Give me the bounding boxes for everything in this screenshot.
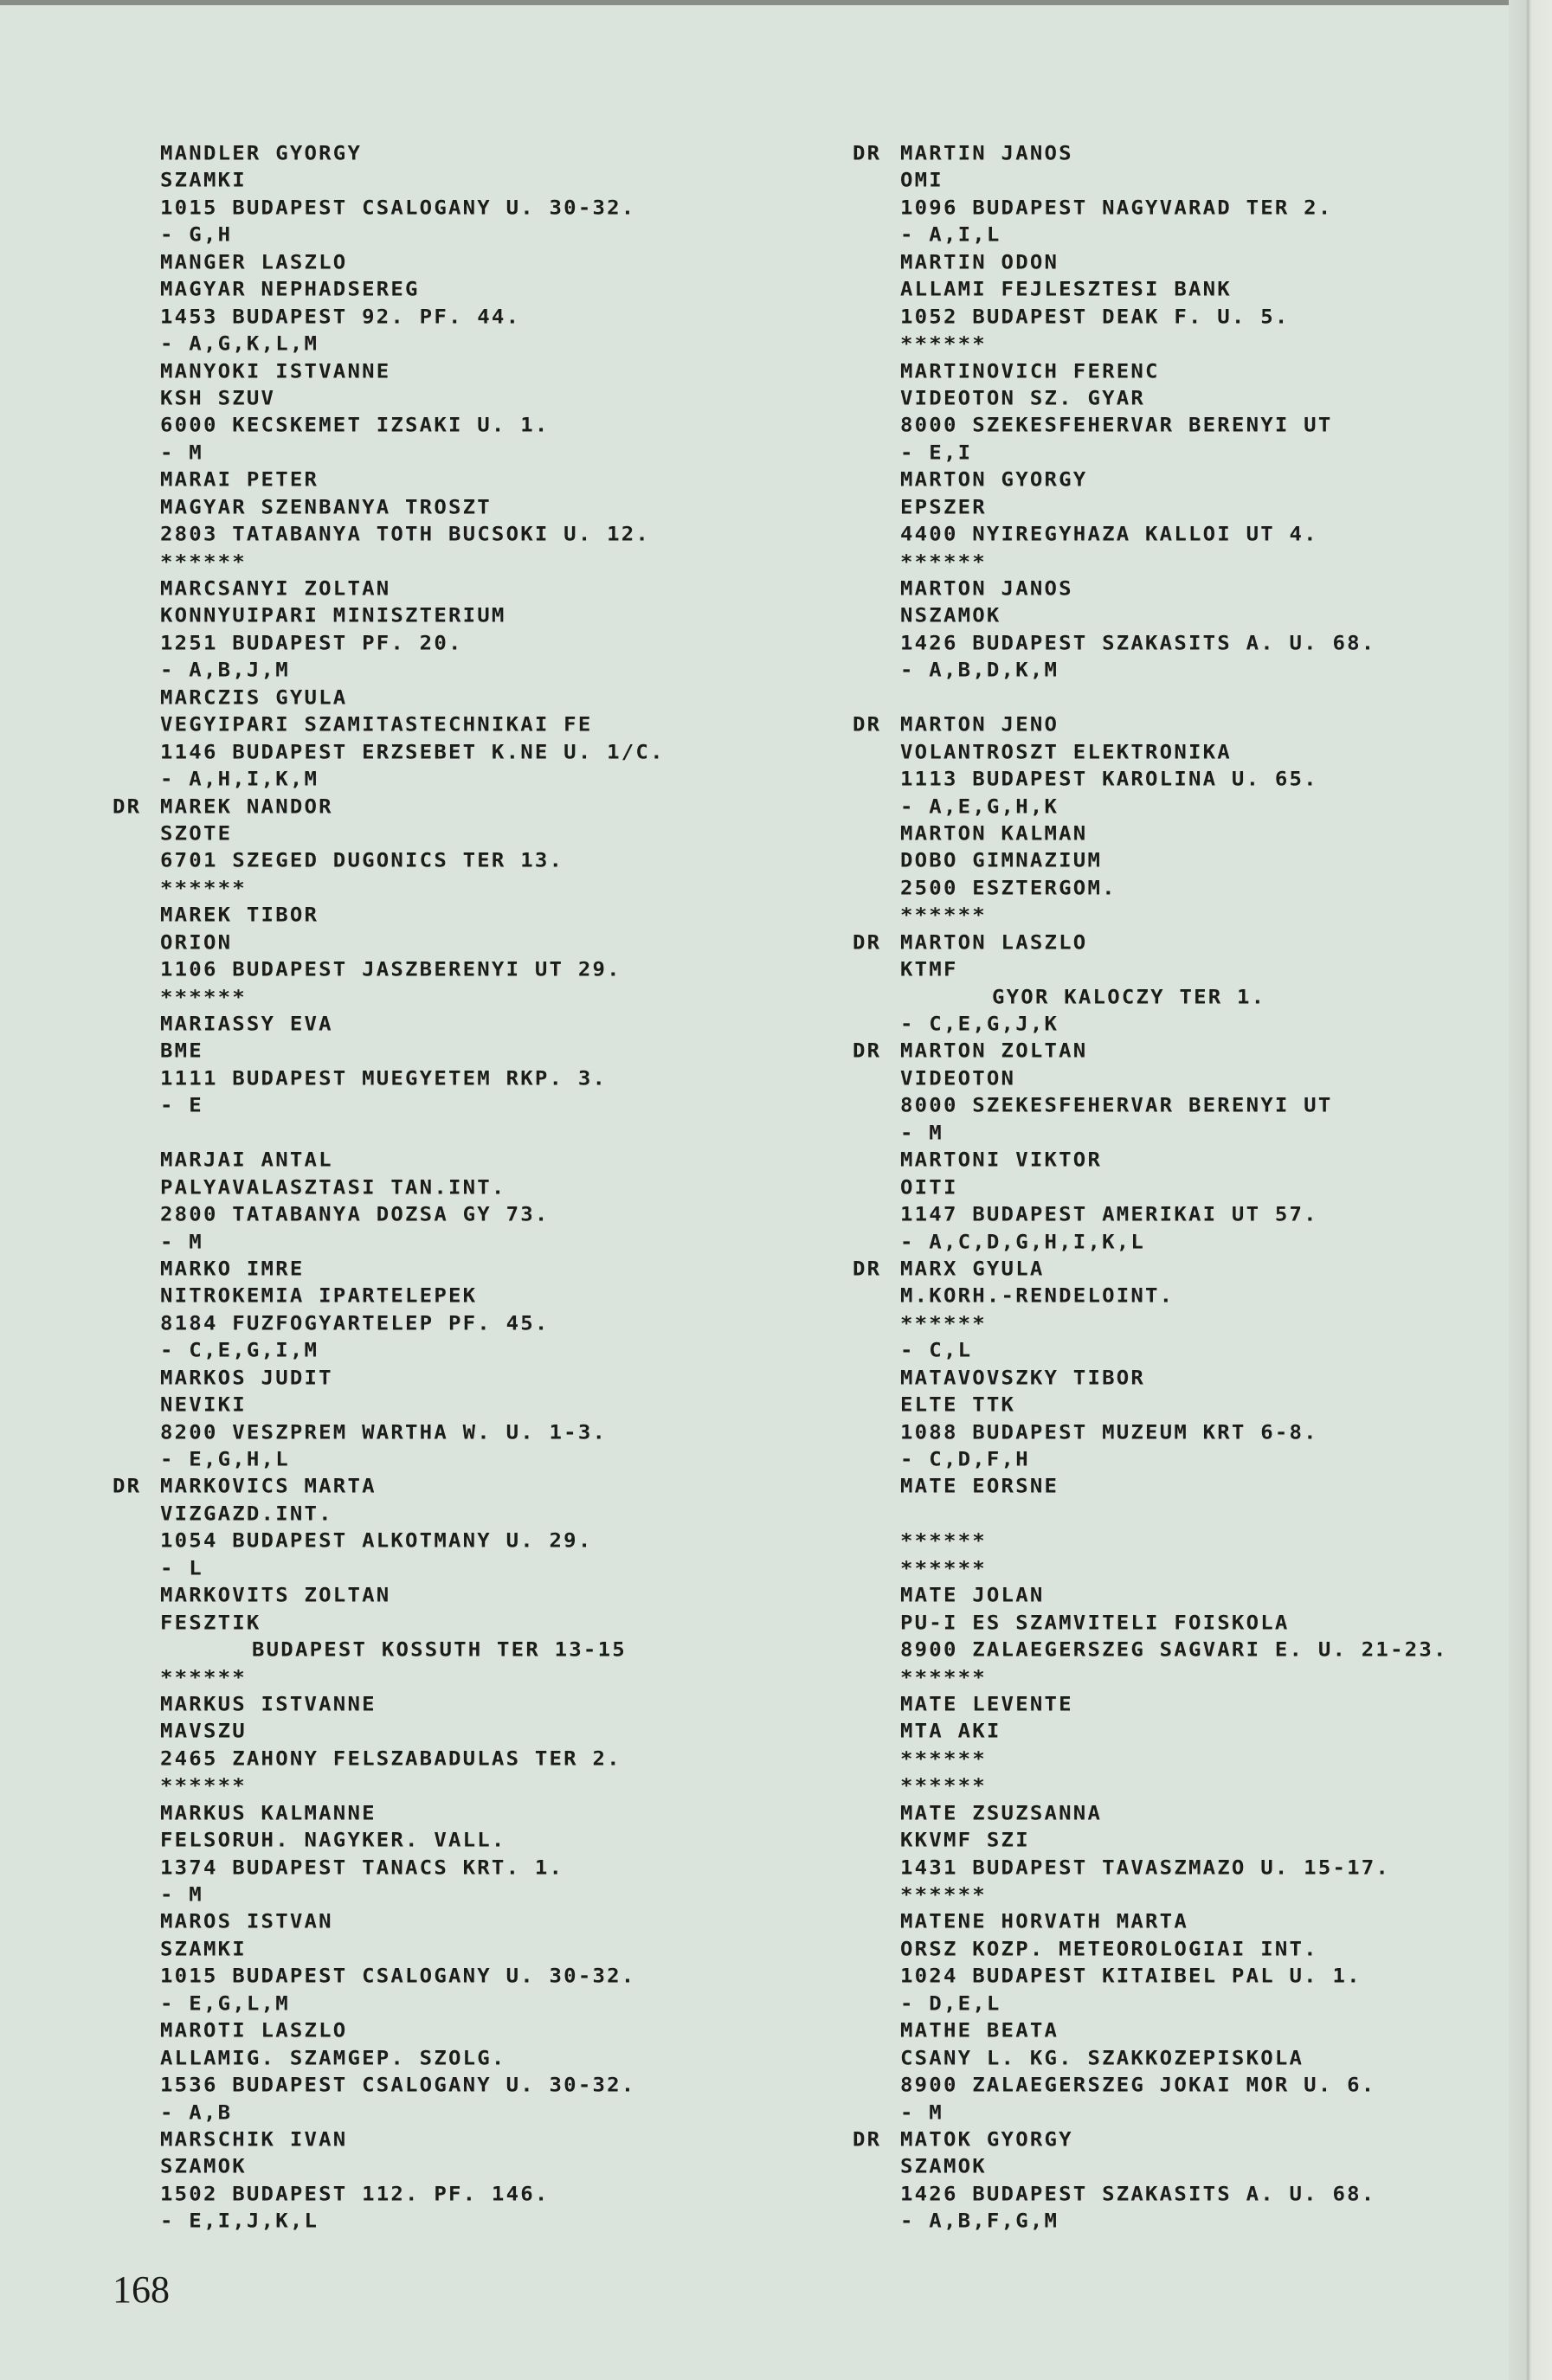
- directory-line: MARTIN ODON: [853, 250, 1510, 275]
- line-text: 4400 NYIREGYHAZA KALLOI UT 4.: [900, 523, 1318, 545]
- line-text: 1147 BUDAPEST AMERIKAI UT 57.: [900, 1203, 1318, 1225]
- directory-line: - E,I,J,K,L: [113, 2210, 805, 2235]
- line-text: ******: [160, 1666, 247, 1689]
- line-text: ******: [160, 1774, 247, 1797]
- line-text: - A,E,G,H,K: [900, 795, 1059, 818]
- line-text: 1502 BUDAPEST 112. PF. 146.: [160, 2183, 550, 2205]
- directory-line: MARTON JANOS: [853, 576, 1510, 601]
- directory-line: - A,E,G,H,K: [853, 794, 1510, 820]
- directory-entry-name-titled: DRMARTON LASZLO: [853, 930, 1510, 955]
- line-text: EPSZER: [900, 496, 987, 518]
- directory-line: 8000 SZEKESFEHERVAR BERENYI UT: [853, 1094, 1510, 1119]
- line-text: 2800 TATABANYA DOZSA GY 73.: [160, 1203, 550, 1225]
- line-text: 1088 BUDAPEST MUZEUM KRT 6-8.: [900, 1421, 1318, 1444]
- line-text: ******: [160, 986, 247, 1008]
- directory-line: ******: [113, 876, 805, 901]
- line-text: 6701 SZEGED DUGONICS TER 13.: [160, 850, 563, 872]
- directory-line: MAVSZU: [113, 1720, 805, 1745]
- line-text: ******: [900, 1312, 987, 1335]
- directory-line: OMI: [853, 169, 1510, 194]
- line-text: - A,B,D,K,M: [900, 659, 1059, 681]
- line-text: MAVSZU: [160, 1721, 247, 1743]
- line-text: 1431 BUDAPEST TAVASZMAZO U. 15-17.: [900, 1856, 1390, 1879]
- scan-top-edge: [0, 0, 1552, 5]
- line-text: ALLAMIG. SZAMGEP. SZOLG.: [160, 2047, 506, 2069]
- line-text: BME: [160, 1040, 203, 1063]
- directory-line: 1096 BUDAPEST NAGYVARAD TER 2.: [853, 196, 1510, 221]
- line-text: - A,C,D,G,H,I,K,L: [900, 1231, 1145, 1253]
- directory-line: - M: [113, 1230, 805, 1255]
- line-text: MTA AKI: [900, 1721, 1001, 1743]
- line-text: NITROKEMIA IPARTELEPEK: [160, 1285, 477, 1308]
- line-text: 1015 BUDAPEST CSALOGANY U. 30-32.: [160, 1965, 635, 1987]
- directory-line: 2465 ZAHONY FELSZABADULAS TER 2.: [113, 1746, 805, 1772]
- line-text: MATE EORSNE: [900, 1476, 1059, 1498]
- line-text: SZAMKI: [160, 1938, 247, 1960]
- directory-line: ALLAMIG. SZAMGEP. SZOLG.: [113, 2046, 805, 2071]
- line-text: FESZTIK: [160, 1611, 261, 1634]
- directory-line: KKVMF SZI: [853, 1828, 1510, 1853]
- directory-line: SZAMKI: [113, 1937, 805, 1962]
- line-text: MAREK TIBOR: [160, 904, 319, 926]
- directory-line: PALYAVALASZTASI TAN.INT.: [113, 1175, 805, 1200]
- directory-line: - A,C,D,G,H,I,K,L: [853, 1230, 1510, 1255]
- line-text: ELTE TTK: [900, 1393, 1015, 1416]
- line-text: MARTON ZOLTAN: [900, 1040, 1087, 1063]
- line-text: ******: [160, 877, 247, 899]
- directory-line: - E: [113, 1094, 805, 1119]
- directory-line: 1088 BUDAPEST MUZEUM KRT 6-8.: [853, 1420, 1510, 1445]
- line-text: ******: [900, 1774, 987, 1797]
- line-text: VIDEOTON: [900, 1067, 1015, 1090]
- title-prefix: DR: [853, 1039, 900, 1065]
- directory-line: BUDAPEST KOSSUTH TER 13-15: [113, 1637, 805, 1663]
- directory-line: ******: [853, 1311, 1510, 1336]
- directory-line: 1015 BUDAPEST CSALOGANY U. 30-32.: [113, 1965, 805, 1990]
- directory-line: ******: [113, 550, 805, 575]
- line-text: 2500 ESZTERGOM.: [900, 877, 1117, 899]
- title-prefix: DR: [113, 794, 160, 820]
- directory-line: - A,B,F,G,M: [853, 2210, 1510, 2235]
- line-text: ******: [900, 332, 987, 355]
- line-text: KSH SZUV: [160, 387, 275, 409]
- line-text: 2803 TATABANYA TOTH BUCSOKI U. 12.: [160, 523, 650, 545]
- directory-line: 8900 ZALAEGERSZEG SAGVARI E. U. 21-23.: [853, 1637, 1510, 1663]
- line-text: MANYOKI ISTVANNE: [160, 360, 390, 383]
- line-text: MANGER LASZLO: [160, 251, 347, 273]
- line-text: MANDLER GYORGY: [160, 142, 362, 164]
- line-text: 1024 BUDAPEST KITAIBEL PAL U. 1.: [900, 1965, 1362, 1987]
- line-text: SZOTE: [160, 822, 232, 845]
- directory-line: ******: [853, 1665, 1510, 1690]
- directory-line: MANGER LASZLO: [113, 250, 805, 275]
- line-text: 1146 BUDAPEST ERZSEBET K.NE U. 1/C.: [160, 741, 665, 763]
- directory-line: 1536 BUDAPEST CSALOGANY U. 30-32.: [113, 2073, 805, 2098]
- line-text: 6000 KECSKEMET IZSAKI U. 1.: [160, 415, 550, 437]
- line-text: MAGYAR SZENBANYA TROSZT: [160, 496, 492, 518]
- directory-line: ******: [853, 1529, 1510, 1554]
- title-prefix: DR: [113, 1475, 160, 1500]
- directory-line: 1015 BUDAPEST CSALOGANY U. 30-32.: [113, 196, 805, 221]
- directory-line: MARJAI ANTAL: [113, 1148, 805, 1173]
- line-text: DOBO GIMNAZIUM: [900, 850, 1102, 872]
- directory-line: - E,G,H,L: [113, 1447, 805, 1472]
- directory-line: - A,B,D,K,M: [853, 659, 1510, 684]
- line-text: ******: [900, 904, 987, 926]
- directory-line: - A,H,I,K,M: [113, 767, 805, 792]
- line-text: KONNYUIPARI MINISZTERIUM: [160, 605, 506, 627]
- directory-line: MAGYAR SZENBANYA TROSZT: [113, 495, 805, 520]
- line-text: MARSCHIK IVAN: [160, 2128, 347, 2151]
- directory-line: MARSCHIK IVAN: [113, 2127, 805, 2152]
- directory-line: NEVIKI: [113, 1393, 805, 1418]
- line-text: MATAVOVSZKY TIBOR: [900, 1367, 1145, 1389]
- line-text: BUDAPEST KOSSUTH TER 13-15: [160, 1638, 627, 1661]
- line-text: M.KORH.-RENDELOINT.: [900, 1285, 1174, 1308]
- line-text: NSZAMOK: [900, 605, 1001, 627]
- directory-line: [853, 685, 1510, 711]
- directory-line: VIDEOTON SZ. GYAR: [853, 386, 1510, 411]
- line-text: 8900 ZALAEGERSZEG SAGVARI E. U. 21-23.: [900, 1638, 1448, 1661]
- line-text: ******: [160, 550, 247, 573]
- line-text: ORION: [160, 931, 232, 954]
- directory-line: KSH SZUV: [113, 386, 805, 411]
- directory-line: PU-I ES SZAMVITELI FOISKOLA: [853, 1611, 1510, 1636]
- directory-line: DOBO GIMNAZIUM: [853, 849, 1510, 874]
- line-text: 1374 BUDAPEST TANACS KRT. 1.: [160, 1856, 563, 1879]
- line-text: MARJAI ANTAL: [160, 1148, 333, 1171]
- line-text: MATE ZSUZSANNA: [900, 1802, 1102, 1824]
- line-text: VIZGAZD.INT.: [160, 1502, 333, 1525]
- directory-line: ******: [853, 904, 1510, 929]
- line-text: - A,H,I,K,M: [160, 768, 319, 790]
- directory-line: 2500 ESZTERGOM.: [853, 876, 1510, 901]
- line-text: KKVMF SZI: [900, 1829, 1030, 1851]
- directory-line: - M: [113, 441, 805, 466]
- line-text: 8200 VESZPREM WARTHA W. U. 1-3.: [160, 1421, 607, 1444]
- directory-line: EPSZER: [853, 495, 1510, 520]
- line-text: PU-I ES SZAMVITELI FOISKOLA: [900, 1611, 1290, 1634]
- directory-line: ELTE TTK: [853, 1393, 1510, 1418]
- line-text: 1251 BUDAPEST PF. 20.: [160, 632, 463, 654]
- title-prefix: DR: [853, 712, 900, 737]
- line-text: MARIASSY EVA: [160, 1013, 333, 1035]
- directory-line: 8184 FUZFOGYARTELEP PF. 45.: [113, 1311, 805, 1336]
- directory-line: MARKO IMRE: [113, 1257, 805, 1282]
- line-text: - A,B,J,M: [160, 659, 290, 681]
- directory-line: NITROKEMIA IPARTELEPEK: [113, 1284, 805, 1309]
- line-text: MAGYAR NEPHADSEREG: [160, 278, 420, 300]
- directory-line: CSANY L. KG. SZAKKOZEPISKOLA: [853, 2046, 1510, 2071]
- directory-line: ******: [853, 1556, 1510, 1581]
- directory-line: 1431 BUDAPEST TAVASZMAZO U. 15-17.: [853, 1856, 1510, 1881]
- line-text: - L: [160, 1557, 203, 1579]
- directory-line: FESZTIK: [113, 1611, 805, 1636]
- directory-entry-name-titled: DRMARX GYULA: [853, 1257, 1510, 1282]
- line-text: MARCZIS GYULA: [160, 686, 347, 709]
- directory-line: - C,L: [853, 1339, 1510, 1364]
- directory-line: - G,H: [113, 223, 805, 248]
- directory-line: - C,D,F,H: [853, 1447, 1510, 1472]
- line-text: SZAMKI: [160, 170, 247, 192]
- line-text: VIDEOTON SZ. GYAR: [900, 387, 1145, 409]
- line-text: MARTON JANOS: [900, 577, 1073, 600]
- book-spine-edge: [1509, 0, 1552, 2380]
- directory-line: SZAMKI: [113, 169, 805, 194]
- title-prefix: DR: [853, 141, 900, 166]
- directory-line: 1147 BUDAPEST AMERIKAI UT 57.: [853, 1202, 1510, 1227]
- directory-line: 8200 VESZPREM WARTHA W. U. 1-3.: [113, 1420, 805, 1445]
- line-text: - M: [160, 1883, 203, 1906]
- line-text: SZAMOK: [160, 2156, 247, 2178]
- line-text: MARKUS ISTVANNE: [160, 1693, 377, 1715]
- directory-line: ******: [113, 985, 805, 1010]
- directory-line: ******: [853, 550, 1510, 575]
- directory-line: - A,B: [113, 2100, 805, 2126]
- directory-line: MATE EORSNE: [853, 1475, 1510, 1500]
- line-text: MATENE HORVATH MARTA: [900, 1911, 1188, 1933]
- line-text: MAROS ISTVAN: [160, 1911, 333, 1933]
- line-text: ORSZ KOZP. METEOROLOGIAI INT.: [900, 1938, 1318, 1960]
- page-number: 168: [113, 2267, 170, 2312]
- line-text: 8900 ZALAEGERSZEG JOKAI MOR U. 6.: [900, 2074, 1375, 2096]
- line-text: MATE JOLAN: [900, 1584, 1045, 1606]
- directory-entry-name-titled: DRMATOK GYORGY: [853, 2127, 1510, 2152]
- directory-line: MANYOKI ISTVANNE: [113, 359, 805, 384]
- line-text: MARX GYULA: [900, 1258, 1045, 1280]
- directory-line: MARAI PETER: [113, 468, 805, 493]
- line-text: MARTIN JANOS: [900, 142, 1073, 164]
- line-text: - M: [900, 2101, 943, 2124]
- directory-line: ******: [853, 1774, 1510, 1799]
- directory-line: MARCSANYI ZOLTAN: [113, 576, 805, 601]
- line-text: NEVIKI: [160, 1393, 247, 1416]
- directory-line: VOLANTROSZT ELEKTRONIKA: [853, 740, 1510, 765]
- line-text: - A,G,K,L,M: [160, 332, 319, 355]
- directory-line: MARKOS JUDIT: [113, 1366, 805, 1391]
- directory-line: BME: [113, 1039, 805, 1065]
- line-text: 8000 SZEKESFEHERVAR BERENYI UT: [900, 415, 1332, 437]
- directory-line: MARTON KALMAN: [853, 821, 1510, 846]
- line-text: ******: [900, 1666, 987, 1689]
- line-text: MARTONI VIKTOR: [900, 1148, 1102, 1171]
- directory-line: 1052 BUDAPEST DEAK F. U. 5.: [853, 305, 1510, 330]
- directory-line: 1106 BUDAPEST JASZBERENYI UT 29.: [113, 957, 805, 982]
- directory-line: VIZGAZD.INT.: [113, 1502, 805, 1527]
- line-text: ******: [900, 1557, 987, 1579]
- line-text: ******: [900, 1883, 987, 1906]
- line-text: MATHE BEATA: [900, 2019, 1059, 2042]
- line-text: 1052 BUDAPEST DEAK F. U. 5.: [900, 306, 1290, 328]
- line-text: MATE LEVENTE: [900, 1693, 1073, 1715]
- directory-line: MANDLER GYORGY: [113, 141, 805, 166]
- line-text: VOLANTROSZT ELEKTRONIKA: [900, 741, 1232, 763]
- line-text: - E,G,H,L: [160, 1448, 290, 1470]
- line-text: - D,E,L: [900, 1992, 1001, 2015]
- directory-line: 1111 BUDAPEST MUEGYETEM RKP. 3.: [113, 1066, 805, 1091]
- directory-line: 1024 BUDAPEST KITAIBEL PAL U. 1.: [853, 1965, 1510, 1990]
- line-text: MARKUS KALMANNE: [160, 1802, 377, 1824]
- directory-line: - A,B,J,M: [113, 659, 805, 684]
- title-prefix: DR: [853, 930, 900, 955]
- directory-entry-name-titled: DRMARTON JENO: [853, 712, 1510, 737]
- directory-line: VIDEOTON: [853, 1066, 1510, 1091]
- directory-line: 4400 NYIREGYHAZA KALLOI UT 4.: [853, 522, 1510, 547]
- directory-line: SZAMOK: [853, 2155, 1510, 2180]
- line-text: - E,I,J,K,L: [160, 2210, 319, 2232]
- line-text: - A,I,L: [900, 223, 1001, 246]
- directory-line: MTA AKI: [853, 1720, 1510, 1745]
- directory-line: 6701 SZEGED DUGONICS TER 13.: [113, 849, 805, 874]
- title-prefix: DR: [853, 1257, 900, 1282]
- line-text: - E: [160, 1094, 203, 1116]
- directory-line: MATE JOLAN: [853, 1583, 1510, 1608]
- line-text: KTMF: [900, 958, 958, 981]
- directory-entry-name-titled: DRMARTON ZOLTAN: [853, 1039, 1510, 1065]
- line-text: - C,E,G,J,K: [900, 1013, 1059, 1035]
- directory-line: ORSZ KOZP. METEOROLOGIAI INT.: [853, 1937, 1510, 1962]
- directory-line: MAGYAR NEPHADSEREG: [113, 277, 805, 302]
- directory-line: 1113 BUDAPEST KAROLINA U. 65.: [853, 767, 1510, 792]
- line-text: - A,B,F,G,M: [900, 2210, 1059, 2232]
- directory-line: MAROTI LASZLO: [113, 2018, 805, 2043]
- line-text: MARKO IMRE: [160, 1258, 305, 1280]
- line-text: ******: [900, 550, 987, 573]
- line-text: 1111 BUDAPEST MUEGYETEM RKP. 3.: [160, 1067, 607, 1090]
- directory-line: MATHE BEATA: [853, 2018, 1510, 2043]
- line-text: MAREK NANDOR: [160, 795, 333, 818]
- line-text: 1106 BUDAPEST JASZBERENYI UT 29.: [160, 958, 621, 981]
- directory-entry-name-titled: DRMAREK NANDOR: [113, 794, 805, 820]
- line-text: - C,D,F,H: [900, 1448, 1030, 1470]
- line-text: - C,L: [900, 1339, 972, 1361]
- line-text: ALLAMI FEJLESZTESI BANK: [900, 278, 1232, 300]
- directory-line: MARKUS KALMANNE: [113, 1801, 805, 1826]
- directory-line: KONNYUIPARI MINISZTERIUM: [113, 604, 805, 629]
- line-text: PALYAVALASZTASI TAN.INT.: [160, 1176, 506, 1199]
- directory-line: 1251 BUDAPEST PF. 20.: [113, 631, 805, 656]
- directory-line: VEGYIPARI SZAMITASTECHNIKAI FE: [113, 712, 805, 737]
- line-text: OMI: [900, 170, 943, 192]
- directory-line: - C,E,G,I,M: [113, 1339, 805, 1364]
- directory-line: 1502 BUDAPEST 112. PF. 146.: [113, 2182, 805, 2207]
- line-text: - A,B: [160, 2101, 232, 2124]
- line-text: 1453 BUDAPEST 92. PF. 44.: [160, 306, 520, 328]
- directory-line: MARCZIS GYULA: [113, 685, 805, 711]
- line-text: SZAMOK: [900, 2156, 987, 2178]
- directory-line: MARTINOVICH FERENC: [853, 359, 1510, 384]
- line-text: - E,I: [900, 441, 972, 464]
- line-text: - M: [160, 1231, 203, 1253]
- directory-line: GYOR KALOCZY TER 1.: [853, 985, 1510, 1010]
- line-text: 1015 BUDAPEST CSALOGANY U. 30-32.: [160, 196, 635, 219]
- directory-line: ******: [853, 1746, 1510, 1772]
- directory-line: MARTON GYORGY: [853, 468, 1510, 493]
- directory-line: 1426 BUDAPEST SZAKASITS A. U. 68.: [853, 2182, 1510, 2207]
- line-text: 8000 SZEKESFEHERVAR BERENYI UT: [900, 1094, 1332, 1116]
- directory-line: 1054 BUDAPEST ALKOTMANY U. 29.: [113, 1529, 805, 1554]
- line-text: MARCSANYI ZOLTAN: [160, 577, 390, 600]
- line-text: MARTON KALMAN: [900, 822, 1087, 845]
- directory-line: MATAVOVSZKY TIBOR: [853, 1366, 1510, 1391]
- directory-line: NSZAMOK: [853, 604, 1510, 629]
- directory-line: 6000 KECSKEMET IZSAKI U. 1.: [113, 414, 805, 439]
- line-text: - C,E,G,I,M: [160, 1339, 319, 1361]
- directory-line: - A,G,K,L,M: [113, 331, 805, 357]
- line-text: MARKOS JUDIT: [160, 1367, 333, 1389]
- line-text: FELSORUH. NAGYKER. VALL.: [160, 1829, 506, 1851]
- directory-line: [113, 1121, 805, 1146]
- line-text: MARKOVITS ZOLTAN: [160, 1584, 390, 1606]
- line-text: MARTON GYORGY: [900, 468, 1087, 491]
- line-text: 1113 BUDAPEST KAROLINA U. 65.: [900, 768, 1318, 790]
- directory-line: MAREK TIBOR: [113, 904, 805, 929]
- line-text: MARKOVICS MARTA: [160, 1476, 377, 1498]
- line-text: CSANY L. KG. SZAKKOZEPISKOLA: [900, 2047, 1304, 2069]
- directory-line: - A,I,L: [853, 223, 1510, 248]
- directory-line: 1426 BUDAPEST SZAKASITS A. U. 68.: [853, 631, 1510, 656]
- directory-line: - C,E,G,J,K: [853, 1012, 1510, 1037]
- line-text: 1426 BUDAPEST SZAKASITS A. U. 68.: [900, 2183, 1375, 2205]
- directory-entry-name-titled: DRMARTIN JANOS: [853, 141, 1510, 166]
- directory-line: - E,I: [853, 441, 1510, 466]
- directory-line: 8900 ZALAEGERSZEG JOKAI MOR U. 6.: [853, 2073, 1510, 2098]
- directory-entry-name-titled: DRMARKOVICS MARTA: [113, 1475, 805, 1500]
- directory-column-left: MANDLER GYORGYSZAMKI1015 BUDAPEST CSALOG…: [113, 140, 805, 2235]
- line-text: 1426 BUDAPEST SZAKASITS A. U. 68.: [900, 632, 1375, 654]
- directory-line: 1146 BUDAPEST ERZSEBET K.NE U. 1/C.: [113, 740, 805, 765]
- line-text: 1536 BUDAPEST CSALOGANY U. 30-32.: [160, 2074, 635, 2096]
- line-text: ******: [900, 1529, 987, 1552]
- directory-line: MATENE HORVATH MARTA: [853, 1910, 1510, 1935]
- line-text: 1096 BUDAPEST NAGYVARAD TER 2.: [900, 196, 1332, 219]
- line-text: MARAI PETER: [160, 468, 319, 491]
- directory-line: MARKOVITS ZOLTAN: [113, 1583, 805, 1608]
- line-text: ******: [900, 1747, 987, 1770]
- directory-line: - M: [853, 1121, 1510, 1146]
- directory-line: 2803 TATABANYA TOTH BUCSOKI U. 12.: [113, 522, 805, 547]
- directory-line: MATE ZSUZSANNA: [853, 1801, 1510, 1826]
- directory-line: - M: [853, 2100, 1510, 2126]
- line-text: MARTIN ODON: [900, 251, 1059, 273]
- directory-line: ******: [113, 1665, 805, 1690]
- directory-line: - D,E,L: [853, 1991, 1510, 2017]
- directory-line: MAROS ISTVAN: [113, 1910, 805, 1935]
- directory-line: 8000 SZEKESFEHERVAR BERENYI UT: [853, 414, 1510, 439]
- line-text: - M: [160, 441, 203, 464]
- line-text: 8184 FUZFOGYARTELEP PF. 45.: [160, 1312, 550, 1335]
- line-text: 1054 BUDAPEST ALKOTMANY U. 29.: [160, 1529, 592, 1552]
- line-text: GYOR KALOCZY TER 1.: [900, 986, 1265, 1008]
- directory-line: FELSORUH. NAGYKER. VALL.: [113, 1828, 805, 1853]
- directory-line: - E,G,L,M: [113, 1991, 805, 2017]
- directory-column-right: DRMARTIN JANOSOMI1096 BUDAPEST NAGYVARAD…: [853, 140, 1510, 2235]
- directory-line: - L: [113, 1556, 805, 1581]
- line-text: MARTON LASZLO: [900, 931, 1087, 954]
- title-prefix: DR: [853, 2127, 900, 2152]
- line-text: MARTON JENO: [900, 713, 1059, 736]
- directory-line: MARKUS ISTVANNE: [113, 1692, 805, 1717]
- directory-line: - M: [113, 1882, 805, 1907]
- line-text: MATOK GYORGY: [900, 2128, 1073, 2151]
- line-text: OITI: [900, 1176, 958, 1199]
- line-text: MAROTI LASZLO: [160, 2019, 347, 2042]
- directory-line: [853, 1502, 1510, 1527]
- directory-line: SZAMOK: [113, 2155, 805, 2180]
- directory-line: ******: [113, 1774, 805, 1799]
- line-text: 2465 ZAHONY FELSZABADULAS TER 2.: [160, 1747, 621, 1770]
- directory-line: 2800 TATABANYA DOZSA GY 73.: [113, 1202, 805, 1227]
